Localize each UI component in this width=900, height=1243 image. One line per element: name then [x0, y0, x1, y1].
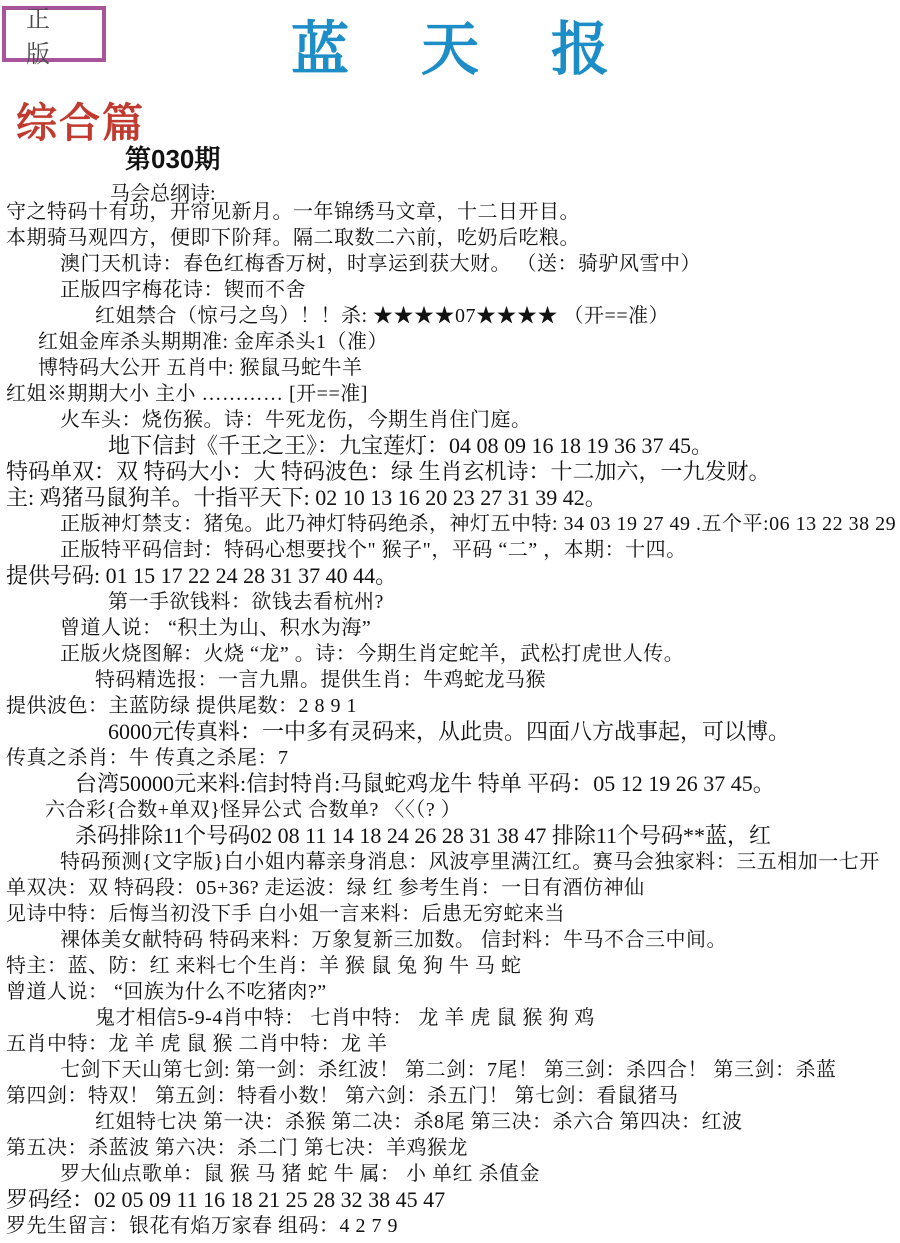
text-line-26: 特码预测{文字版}白小姐内幕亲身消息：风波亭里满江红。赛马会独家料：三五相加一七…: [0, 849, 900, 875]
text-line-18: 正版火烧图解：火烧 “龙” 。诗：今期生肖定蛇羊，武松打虎世人传。: [0, 641, 900, 667]
text-line-17: 曾道人说： “积土为山、积水为海”: [0, 615, 900, 641]
text-line-34: 七剑下天山第七剑: 第一剑：杀红波！ 第二剑：7尾！ 第三剑：杀四合！ 第三剑：…: [0, 1057, 900, 1083]
text-line-11: 特码单双：双 特码大小：大 特码波色：绿 生肖玄机诗：十二加六，一九发财。: [0, 459, 900, 485]
text-line-28: 见诗中特：后悔当初没下手 白小姐一言来料：后患无穷蛇来当: [0, 901, 900, 927]
text-line-24: 六合彩{合数+单双}怪异公式 合数单? 〈〈（? ）: [0, 797, 900, 823]
text-line-38: 罗大仙点歌单：鼠 猴 马 猪 蛇 牛 属： 小 单红 杀值金: [0, 1161, 900, 1187]
text-line-9: 火车头：烧伤猴。诗：牛死龙伤，今期生肖住门庭。: [0, 407, 900, 433]
page-title: 蓝天报: [0, 2, 900, 86]
text-line-30: 特主：蓝、防：红 来料七个生肖：羊 猴 鼠 兔 狗 牛 马 蛇: [0, 953, 900, 979]
text-line-12: 主: 鸡猪马鼠狗羊。十指平天下: 02 10 13 16 20 23 27 31…: [0, 485, 900, 511]
text-line-3: 澳门天机诗：春色红梅香万树，时享运到获大财。 （送：骑驴风雪中）: [0, 251, 900, 277]
text-line-1: 守之特码十有功，开帘见新月。一年锦绣马文章，十二日开目。: [0, 199, 900, 225]
text-line-8: 红姐※期期大小 主小 ………… [开==准]: [0, 381, 900, 407]
text-line-6: 红姐金库杀头期期准: 金库杀头1（准）: [0, 329, 900, 355]
text-line-7: 博特码大公开 五肖中: 猴鼠马蛇牛羊: [0, 355, 900, 381]
text-line-31: 曾道人说： “回族为什么不吃猪肉?”: [0, 979, 900, 1005]
text-line-21: 6000元传真料：一中多有灵码来，从此贵。四面八方战事起，可以博。: [0, 719, 900, 745]
text-line-15: 提供号码: 01 15 17 22 24 28 31 37 40 44。: [0, 563, 900, 589]
text-line-2: 本期骑马观四方，便即下阶拜。隔二取数二六前，吃奶后吃粮。: [0, 225, 900, 251]
text-line-36: 红姐特七决 第一决：杀猴 第二决：杀8尾 第三决：杀六合 第四决：红波: [0, 1109, 900, 1135]
text-line-25: 杀码排除11个号码02 08 11 14 18 24 26 28 31 38 4…: [0, 823, 900, 849]
text-line-19: 特码精选报：一言九鼎。提供生肖：牛鸡蛇龙马猴: [0, 667, 900, 693]
text-line-35: 第四剑：特双！ 第五剑：特看小数！ 第六剑：杀五门！ 第七剑：看鼠猪马: [0, 1083, 900, 1109]
text-line-23: 台湾50000元来料:信封特肖:马鼠蛇鸡龙牛 特单 平码：05 12 19 26…: [0, 771, 900, 797]
text-line-20: 提供波色：主蓝防绿 提供尾数：2 8 9 1: [0, 693, 900, 719]
text-line-27: 单双决：双 特码段：05+36? 走运波：绿 红 参考生肖：一日有酒仿神仙: [0, 875, 900, 901]
text-line-10: 地下信封《千王之王》：九宝莲灯：04 08 09 16 18 19 36 37 …: [0, 433, 900, 459]
text-line-29: 裸体美女献特码 特码来料：万象复新三加数。 信封料：牛马不合三中间。: [0, 927, 900, 953]
issue-number: 第030期: [125, 139, 220, 176]
text-line-37: 第五决：杀蓝波 第六决：杀二门 第七决：羊鸡猴龙: [0, 1135, 900, 1161]
text-line-4: 正版四字梅花诗：锲而不舍: [0, 277, 900, 303]
text-line-14: 正版特平码信封：特码心想要找个" 猴子"，平码 “二” ，本期：十四。: [0, 537, 900, 563]
text-line-5: 红姐禁合（惊弓之鸟）！！杀: ★★★★07★★★★ （开==准）: [0, 303, 900, 329]
text-line-22: 传真之杀肖：牛 传真之杀尾：7: [0, 745, 900, 771]
text-line-40: 罗先生留言：银花有焰万家春 组码：4 2 7 9: [0, 1213, 900, 1239]
newspaper-page: 正 版 蓝天报 综合篇 第030期 马会总纲诗: 守之特码十有功，开帘见新月。一…: [0, 0, 900, 1243]
text-line-16: 第一手欲钱料：欲钱去看杭州?: [0, 589, 900, 615]
text-line-39: 罗码经：02 05 09 11 16 18 21 25 28 32 38 45 …: [0, 1187, 900, 1213]
text-line-32: 鬼才相信5-9-4肖中特： 七肖中特： 龙 羊 虎 鼠 猴 狗 鸡: [0, 1005, 900, 1031]
text-line-13: 正版神灯禁支：猪兔。此乃神灯特码绝杀，神灯五中特: 34 03 19 27 49…: [0, 511, 900, 537]
text-lines: 守之特码十有功，开帘见新月。一年锦绣马文章，十二日开目。本期骑马观四方，便即下阶…: [0, 199, 900, 1239]
text-line-33: 五肖中特：龙 羊 虎 鼠 猴 二肖中特：龙 羊: [0, 1031, 900, 1057]
